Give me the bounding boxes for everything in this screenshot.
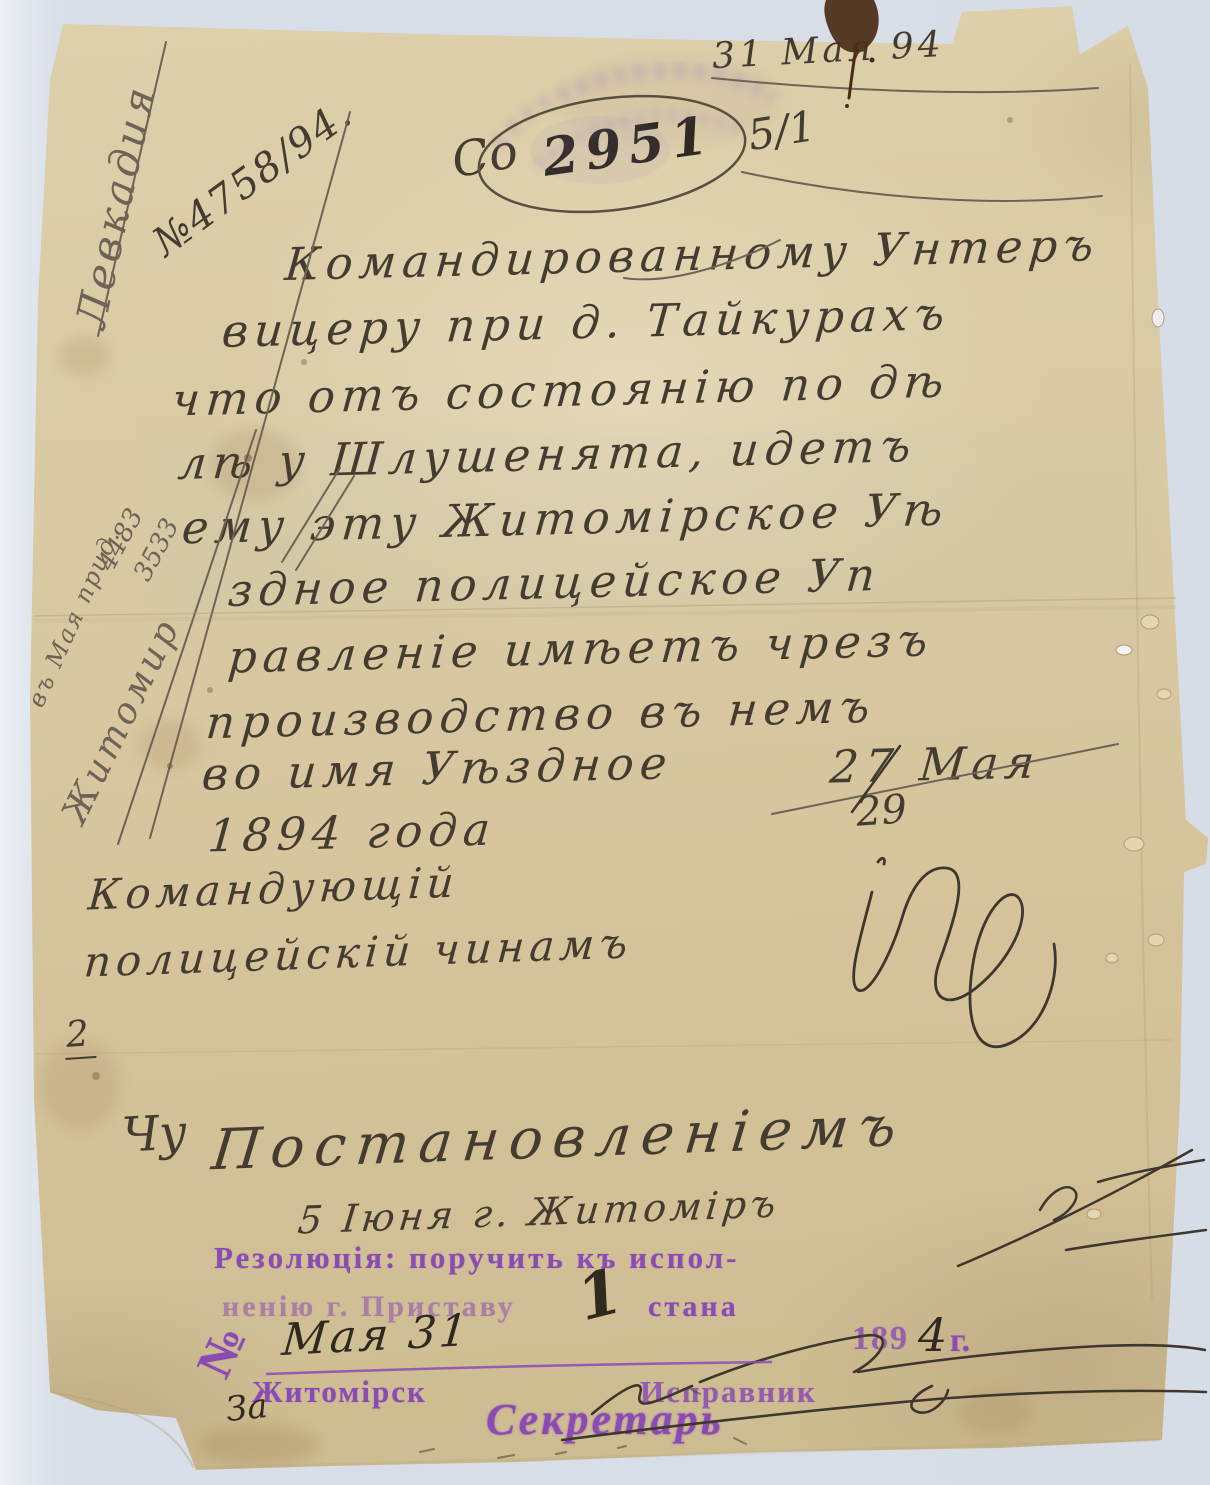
stamp-secretary: Секретарь xyxy=(486,1394,724,1445)
scanned-archival-document: { "page": { "registration": { "date_top_… xyxy=(0,0,1210,1485)
page-marker: 2 xyxy=(62,1013,96,1060)
fraction-note: 5/1 xyxy=(745,101,819,160)
stamp-year-printed: 189 xyxy=(852,1320,909,1358)
stamp-year-suffix: г. xyxy=(950,1322,970,1360)
stamp-year-digit-handwritten: 4 xyxy=(918,1308,947,1362)
flourish-initials: Со xyxy=(448,123,522,190)
stamp-city: Житомірск xyxy=(252,1374,427,1410)
stain xyxy=(960,1390,1030,1435)
body-date-replacement: 29 xyxy=(854,786,908,835)
resolution-initial: Чу xyxy=(121,1104,189,1163)
stamp-handwritten-date: Мая 31 xyxy=(280,1305,473,1366)
stamp-resolution-line-1: Резолюція: поручить къ испол- xyxy=(214,1240,739,1276)
stain xyxy=(60,336,110,376)
body-line: 1894 года xyxy=(206,802,498,862)
za-handwritten: За xyxy=(224,1386,269,1430)
stain xyxy=(200,1425,320,1465)
stain xyxy=(140,720,200,770)
stamp-resolution-line-2-end: стана xyxy=(648,1290,739,1324)
body-date-crossed: 27 Мая xyxy=(828,735,1042,793)
